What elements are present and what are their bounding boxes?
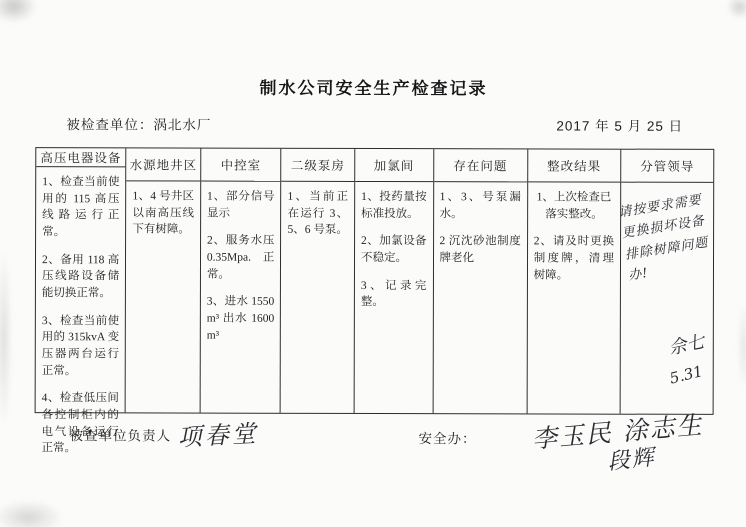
- responsible-person-label: 被查单位负责人: [70, 424, 172, 444]
- scan-smudge: [0, 500, 63, 527]
- column-header: 高压电器设备: [36, 148, 125, 167]
- meta-row: 被检查单位：涡北水厂 2017 年 5 月 25 日: [0, 113, 746, 115]
- column-cell: 1、上次检查已落实整改。 2、请及时更换制度牌，清理树障。: [527, 182, 620, 413]
- cell-item: 2、请及时更换制度牌，清理树障。: [534, 234, 614, 284]
- cell-item: 1、3、号泵漏水。: [440, 189, 521, 223]
- cell-item: 2、备用 118 高压线路设备储能切换正常。: [42, 252, 119, 302]
- column-control-room: 中控室 1、部分信号显示 2、服务水压 0.35Mpa. 正常。 3、进水 15…: [200, 149, 281, 413]
- handwritten-date: 5.31: [667, 361, 705, 390]
- cell-item: 1、部分信号显示: [207, 189, 275, 223]
- column-header: 二级泵房: [282, 149, 355, 182]
- column-header: 加氯间: [355, 149, 433, 182]
- handwritten-note: 请按要求需要 更换损坏设备 排除树障问题 办!: [617, 190, 713, 288]
- column-cell: 1、部分信号显示 2、服务水压 0.35Mpa. 正常。 3、进水 1550 m…: [200, 182, 280, 413]
- column-rectification-result: 整改结果 1、上次检查已落实整改。 2、请及时更换制度牌，清理树障。: [527, 149, 621, 413]
- scan-smudge: [727, 0, 746, 19]
- inspected-unit: 被检查单位：涡北水厂: [66, 113, 211, 133]
- scan-smudge: [738, 301, 746, 391]
- cell-item: 3、检查当前使用的 315kvA 变压器两台运行正常。: [42, 313, 119, 380]
- column-cell: 1、当前正在运行 3、5、6 号泵。: [281, 182, 354, 413]
- column-header: 整改结果: [528, 149, 620, 182]
- column-cell: 1、投药量按标准投放。 2、加氯设备不稳定。 3、记录完整。: [355, 182, 433, 413]
- column-cell: 1、3、号泵漏水。 2 沉沈砂池制度牌老化: [433, 182, 527, 413]
- cell-item: 2、加氯设备不稳定。: [361, 233, 427, 267]
- cell-item: 2 沉沈砂池制度牌老化: [439, 234, 520, 268]
- scanned-sheet: 制水公司安全生产检查记录 被检查单位：涡北水厂 2017 年 5 月 25 日 …: [0, 0, 746, 527]
- responsible-person-signature: 项春堂: [177, 414, 260, 453]
- column-chlorination-room: 加氯间 1、投药量按标准投放。 2、加氯设备不稳定。 3、记录完整。: [355, 149, 434, 413]
- safety-office-signature: 段辉: [606, 440, 657, 476]
- scan-smudge: [0, 0, 37, 23]
- cell-item: 3、记录完整。: [361, 278, 427, 312]
- cell-item: 2、服务水压 0.35Mpa. 正常。: [207, 233, 275, 283]
- cell-item: 3、进水 1550 m³ 出水 1600 m³: [207, 294, 275, 344]
- column-existing-problems: 存在问题 1、3、号泵漏水。 2 沉沈砂池制度牌老化: [433, 149, 528, 413]
- column-header: 中控室: [201, 149, 281, 182]
- inspection-table: 高压电器设备 1、检查当前使用的 115 高压线路运行正常。 2、备用 118 …: [35, 147, 715, 415]
- safety-office-label: 安全办：: [419, 427, 477, 447]
- document-title: 制水公司安全生产检查记录: [0, 73, 746, 100]
- cell-item: 1、投药量按标准投放。: [361, 189, 427, 223]
- inspection-date: 2017 年 5 月 25 日: [556, 114, 683, 134]
- column-header: 存在问题: [434, 149, 527, 182]
- cell-item: 1、4 号井区以南高压线下有树障。: [132, 188, 194, 238]
- column-cell: 1、4 号井区以南高压线下有树障。: [126, 181, 200, 412]
- handwritten-signature: 佘七: [666, 329, 707, 362]
- column-supervising-leader: 分管领导 请按要求需要 更换损坏设备 排除树障问题 办! 佘七 5.31: [621, 150, 714, 414]
- cell-item: 1、检查当前使用的 115 高压线路运行正常。: [42, 174, 119, 241]
- column-well-field: 水源地井区 1、4 号井区以南高压线下有树障。: [126, 148, 201, 412]
- column-header: 分管领导: [621, 150, 713, 183]
- scan-smudge: [0, 249, 12, 429]
- column-header: 水源地井区: [127, 148, 201, 181]
- cell-item: 1、当前正在运行 3、5、6 号泵。: [287, 189, 348, 239]
- column-secondary-pump-house: 二级泵房 1、当前正在运行 3、5、6 号泵。: [281, 149, 355, 413]
- cell-item: 1、上次检查已落实整改。: [534, 189, 614, 223]
- column-high-voltage-equipment: 高压电器设备 1、检查当前使用的 115 高压线路运行正常。 2、备用 118 …: [36, 148, 127, 412]
- column-cell: 请按要求需要 更换损坏设备 排除树障问题 办! 佘七 5.31: [621, 183, 714, 414]
